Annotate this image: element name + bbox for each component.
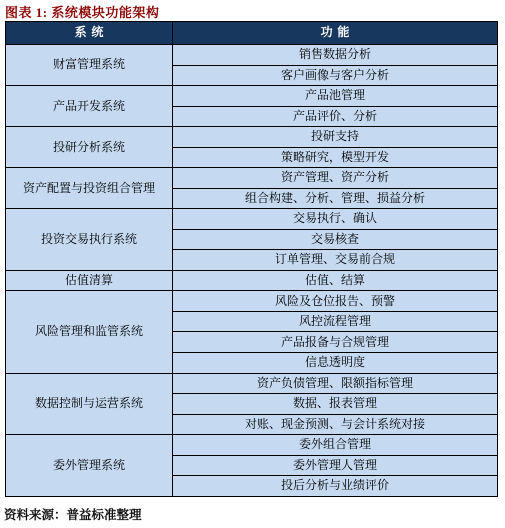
header-function: 功能 <box>173 22 498 45</box>
header-row: 系统 功能 <box>6 22 498 45</box>
function-cell: 订单管理、交易前合规 <box>173 250 498 271</box>
function-cell: 委外组合管理 <box>173 435 498 456</box>
table-row: 风险管理和监管系统风险及仓位报告、预警 <box>6 291 498 312</box>
table-row: 委外管理系统委外组合管理 <box>6 435 498 456</box>
function-cell: 交易执行、确认 <box>173 209 498 230</box>
function-cell: 策略研究，模型开发 <box>173 147 498 168</box>
system-cell: 投研分析系统 <box>6 127 173 168</box>
header-system: 系统 <box>6 22 173 45</box>
function-cell: 投研支持 <box>173 127 498 148</box>
system-cell: 资产配置与投资组合管理 <box>6 168 173 209</box>
table-row: 产品开发系统产品池管理 <box>6 86 498 107</box>
system-cell: 数据控制与运营系统 <box>6 373 173 435</box>
function-cell: 估值、结算 <box>173 270 498 291</box>
function-cell: 交易核查 <box>173 229 498 250</box>
system-cell: 产品开发系统 <box>6 86 173 127</box>
system-cell: 投资交易执行系统 <box>6 209 173 271</box>
system-function-table: 系统 功能 财富管理系统销售数据分析客户画像与客户分析产品开发系统产品池管理产品… <box>5 21 498 497</box>
system-cell: 委外管理系统 <box>6 435 173 497</box>
function-cell: 客户画像与客户分析 <box>173 65 498 86</box>
report-figure: 图表 1: 系统模块功能架构 系统 功能 财富管理系统销售数据分析客户画像与客户… <box>0 0 505 528</box>
table-row: 估值清算估值、结算 <box>6 270 498 291</box>
function-cell: 资产负债管理、限额指标管理 <box>173 373 498 394</box>
function-cell: 组合构建、分析、管理、损益分析 <box>173 188 498 209</box>
figure-title: 图表 1: 系统模块功能架构 <box>5 2 159 21</box>
table-row: 投资交易执行系统交易执行、确认 <box>6 209 498 230</box>
function-cell: 信息透明度 <box>173 352 498 373</box>
function-cell: 委外管理人管理 <box>173 455 498 476</box>
system-cell: 财富管理系统 <box>6 45 173 86</box>
source-line: 资料来源：普益标准整理 <box>4 505 142 523</box>
function-cell: 资产管理、资产分析 <box>173 168 498 189</box>
table-row: 数据控制与运营系统资产负债管理、限额指标管理 <box>6 373 498 394</box>
table-row: 投研分析系统投研支持 <box>6 127 498 148</box>
function-cell: 对账、现金预测、与会计系统对接 <box>173 414 498 435</box>
function-cell: 风险及仓位报告、预警 <box>173 291 498 312</box>
function-cell: 产品报备与合规管理 <box>173 332 498 353</box>
system-cell: 估值清算 <box>6 270 173 291</box>
function-cell: 产品评价、分析 <box>173 106 498 127</box>
function-cell: 投后分析与业绩评价 <box>173 476 498 497</box>
function-cell: 销售数据分析 <box>173 45 498 66</box>
system-cell: 风险管理和监管系统 <box>6 291 173 373</box>
table-header: 系统 功能 <box>6 22 498 45</box>
function-cell: 产品池管理 <box>173 86 498 107</box>
table-body: 财富管理系统销售数据分析客户画像与客户分析产品开发系统产品池管理产品评价、分析投… <box>6 45 498 497</box>
function-cell: 风控流程管理 <box>173 311 498 332</box>
table-row: 财富管理系统销售数据分析 <box>6 45 498 66</box>
table-row: 资产配置与投资组合管理资产管理、资产分析 <box>6 168 498 189</box>
function-cell: 数据、报表管理 <box>173 394 498 415</box>
